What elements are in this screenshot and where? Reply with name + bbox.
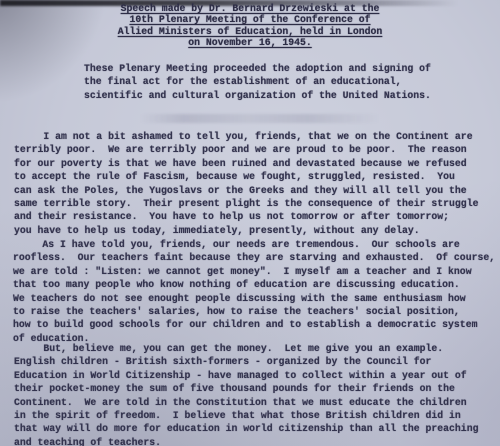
paragraph-preamble: These Plenary Meeting proceeded the adop… <box>84 62 431 102</box>
typewritten-document-page: Speech made by Dr. Bernard Drzewieski at… <box>0 0 500 446</box>
paragraph-money: But, believe me, you can get the money. … <box>14 342 478 446</box>
document-title: Speech made by Dr. Bernard Drzewieski at… <box>0 3 500 49</box>
paragraph-needs: As I have told you, friends, our needs a… <box>13 238 495 345</box>
ink-bleedthrough-smudge <box>140 114 380 123</box>
paragraph-poverty: I am not a bit ashamed to tell you, frie… <box>14 130 478 237</box>
